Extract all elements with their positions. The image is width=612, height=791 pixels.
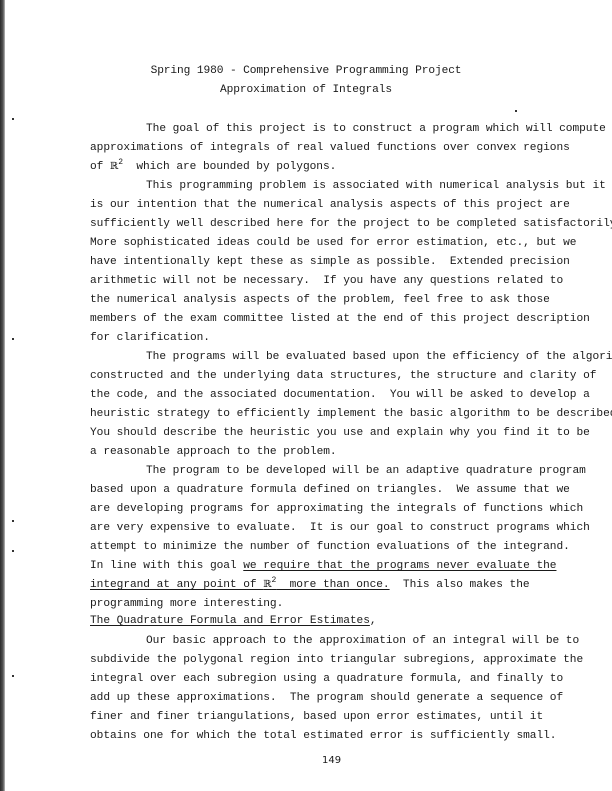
paragraph-line: You should describe the heuristic you us…	[90, 426, 590, 440]
emphasized-requirement: we require that the programs never evalu…	[243, 560, 556, 572]
section-heading-text: The Quadrature Formula and Error Estimat…	[90, 615, 370, 627]
heading-punctuation: ,	[370, 615, 377, 627]
paragraph-line: based upon a quadrature formula defined …	[90, 483, 570, 497]
scan-speck	[515, 110, 517, 112]
paragraph-line: arithmetic will not be necessary. If you…	[90, 274, 563, 288]
paragraph-line: are developing programs for approximatin…	[90, 502, 583, 516]
paragraph-line: Our basic approach to the approximation …	[146, 634, 579, 648]
paragraph-line: More sophisticated ideas could be used f…	[90, 236, 576, 250]
paragraph-line: for clarification.	[90, 331, 210, 345]
paragraph-line: add up these approximations. The program…	[90, 691, 563, 705]
paragraph-line: programming more interesting.	[90, 597, 283, 611]
paragraph-line: members of the exam committee listed at …	[90, 312, 590, 326]
scan-speck	[12, 675, 14, 677]
paragraph-line: the code, and the associated documentati…	[90, 388, 590, 402]
scan-left-edge	[0, 0, 5, 791]
paragraph-line: are very expensive to evaluate. It is ou…	[90, 521, 590, 535]
text-segment: In line with this goal	[90, 560, 243, 572]
real-numbers-symbol: ℝ	[263, 579, 271, 590]
paragraph-line: The program to be developed will be an a…	[146, 464, 586, 478]
paragraph-line: In line with this goal we require that t…	[90, 559, 556, 573]
scan-speck	[12, 550, 14, 552]
paragraph-line: integral over each subregion using a qua…	[90, 672, 563, 686]
paragraph-line: attempt to minimize the number of functi…	[90, 540, 570, 554]
paragraph-line: This programming problem is associated w…	[146, 179, 606, 193]
paragraph-line: finer and finer triangulations, based up…	[90, 710, 543, 724]
scan-speck	[12, 520, 14, 522]
scan-speck	[12, 338, 14, 340]
text-segment: This also makes the	[390, 579, 530, 591]
paragraph-line: of ℝ2 which are bounded by polygons.	[90, 160, 336, 174]
text-segment: which are bounded by polygons.	[123, 161, 336, 173]
paragraph-line: integrand at any point of ℝ2 more than o…	[90, 578, 530, 592]
document-title: Spring 1980 - Comprehensive Programming …	[0, 65, 612, 77]
text-segment: integrand at any point of	[90, 579, 263, 591]
emphasized-requirement: integrand at any point of ℝ2 more than o…	[90, 579, 390, 591]
paragraph-line: sufficiently well described here for the…	[90, 217, 612, 231]
section-heading: The Quadrature Formula and Error Estimat…	[90, 614, 377, 628]
paragraph-line: heuristic strategy to efficiently implem…	[90, 407, 612, 421]
paragraph-line: a reasonable approach to the problem.	[90, 445, 337, 459]
paragraph-line: The goal of this project is to construct…	[146, 122, 606, 136]
paragraph-line: approximations of integrals of real valu…	[90, 141, 570, 155]
paragraph-line: the numerical analysis aspects of the pr…	[90, 293, 550, 307]
paragraph-line: subdivide the polygonal region into tria…	[90, 653, 583, 667]
paragraph-line: constructed and the underlying data stru…	[90, 369, 596, 383]
scan-speck	[12, 118, 14, 120]
document-subtitle: Approximation of Integrals	[0, 84, 612, 96]
text-segment: more than once.	[276, 579, 389, 591]
paragraph-line: obtains one for which the total estimate…	[90, 729, 556, 743]
page-number: 149	[322, 755, 341, 766]
paragraph-line: The programs will be evaluated based upo…	[146, 350, 612, 364]
paragraph-line: is our intention that the numerical anal…	[90, 198, 570, 212]
text-segment: of	[90, 161, 110, 173]
paragraph-line: have intentionally kept these as simple …	[90, 255, 570, 269]
